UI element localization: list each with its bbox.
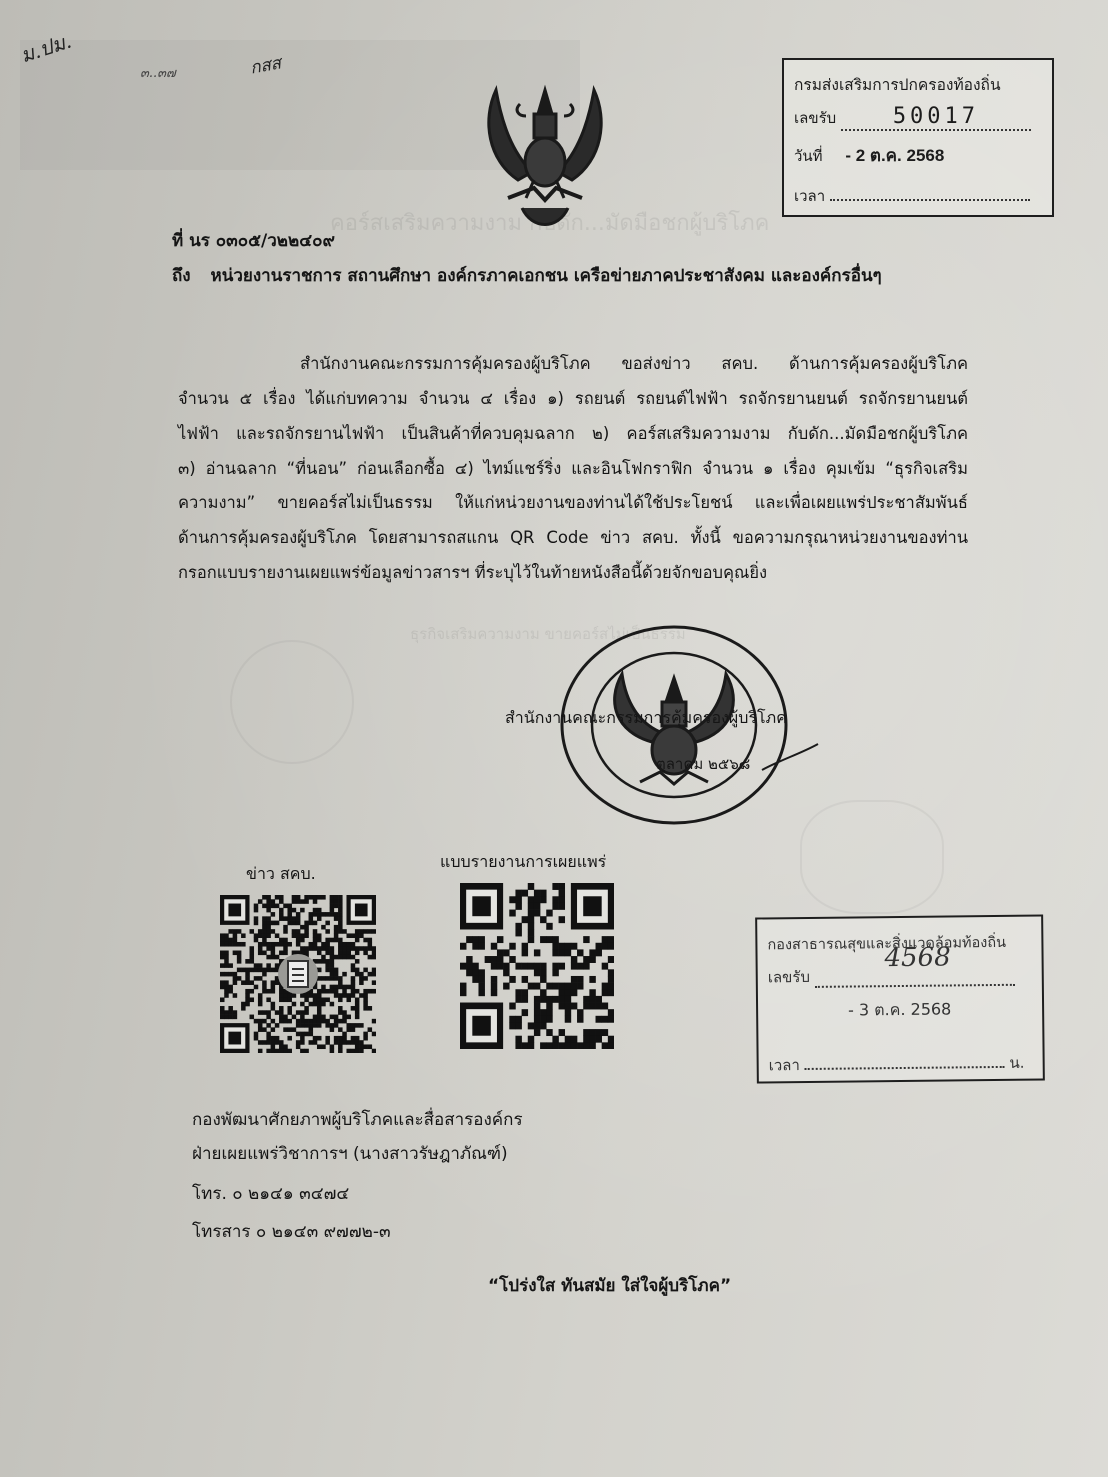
receipt-no-label: เลขรับ [794,109,836,127]
contact-phone: โทร. ๐ ๒๑๔๑ ๓๔๗๔ [192,1186,349,1203]
body-line: ความงาม” ขายคอร์สไม่เป็นธรรม ให้แก่หน่วย… [178,490,968,516]
bleed-through-photo [230,640,354,764]
qr-code-report-form-icon[interactable] [460,883,614,1049]
body-line: ไฟฟ้า และรถจักรยานไฟฟ้า เป็นสินค้าที่ควบ… [178,421,968,447]
stamp-receipt-row: เลขรับ 4568 [768,963,1015,990]
qr-code-news-icon[interactable] [220,895,376,1053]
reference-number: ที่ นร ๐๓๐๕/ว๒๒๔๐๙ [172,233,335,250]
stamp-time-row: เวลา น. [769,1051,1025,1078]
garuda-emblem-icon [478,80,612,236]
receipt-no-label: เลขรับ [768,968,810,986]
slogan: “โปร่งใส ทันสมัย ใส่ใจผู้บริโภค” [488,1278,731,1295]
body-line: ด้านการคุ้มครองผู้บริโภค โดยสามารถสแกน Q… [178,525,968,551]
time-suffix: น. [1009,1054,1024,1072]
time-field [830,199,1030,201]
date-value: - 2 ต.ค. 2568 [845,146,944,165]
contact-fax: โทรสาร ๐ ๒๑๔๓ ๙๗๗๒-๓ [192,1224,391,1241]
body-line: สำนักงานคณะกรรมการคุ้มครองผู้บริโภค ขอส่… [300,351,968,377]
receipt-no-value: 50017 [893,104,979,129]
bleed-through-photo [800,800,944,914]
handwritten-note: กสส [248,50,283,82]
addressee-line: ถึง หน่วยงานราชการ สถานศึกษา องค์กรภาคเอ… [172,268,882,285]
stamp-department: กรมส่งเสริมการปกครองท้องถิ่น [794,72,1001,97]
stamp-time-row: เวลา [794,184,1030,208]
body-line: กรอกแบบรายงานเผยแพร่ข้อมูลข่าวสารฯ ที่ระ… [178,560,767,586]
date-label: วันที่ [794,147,823,165]
stamp-date-row: - 3 ต.ค. 2568 [848,997,951,1023]
time-field [805,1066,1005,1070]
signature-mark-icon [760,740,820,780]
receipt-stamp-top: กรมส่งเสริมการปกครองท้องถิ่น เลขรับ 5001… [782,58,1054,217]
addressee: หน่วยงานราชการ สถานศึกษา องค์กรภาคเอกชน … [211,266,882,286]
qr-label-news: ข่าว สคบ. [246,862,316,887]
stamp-receipt-row: เลขรับ 50017 [794,104,1031,131]
time-label: เวลา [794,187,825,205]
body-line: จำนวน ๕ เรื่อง ได้แก่บทความ จำนวน ๔ เรื่… [178,386,968,412]
receipt-no-field: 50017 [841,104,1031,131]
contact-division: กองพัฒนาศักยภาพผู้บริโภคและสื่อสารองค์กร [192,1112,523,1129]
stamp-date-row: วันที่ - 2 ต.ค. 2568 [794,142,944,169]
contact-section: ฝ่ายเผยแพร่วิชาการฯ (นางสาวรัษฎาภัณฑ์) [192,1146,508,1163]
handwritten-scribble: ๓..๓๗ [140,62,176,83]
signatory-office: สำนักงานคณะกรรมการคุ้มครองผู้บริโภค [505,710,787,726]
to-label: ถึง [172,266,191,286]
receipt-no-field: 4568 [815,966,1015,988]
time-label: เวลา [769,1056,800,1074]
body-line: ๓) อ่านฉลาก “ที่นอน” ก่อนเลือกซื้อ ๔) ไท… [178,456,968,482]
receipt-stamp-bottom: กองสาธารณสุขและสิ่งแวดล้อมท้องถิ่น เลขรั… [755,914,1045,1083]
qr-label-report-form: แบบรายงานการเผยแพร่ [440,850,606,875]
receipt-no-value: 4568 [884,942,950,973]
seal-date-text: ตุลาคม ๒๕๖๘ [656,757,750,772]
